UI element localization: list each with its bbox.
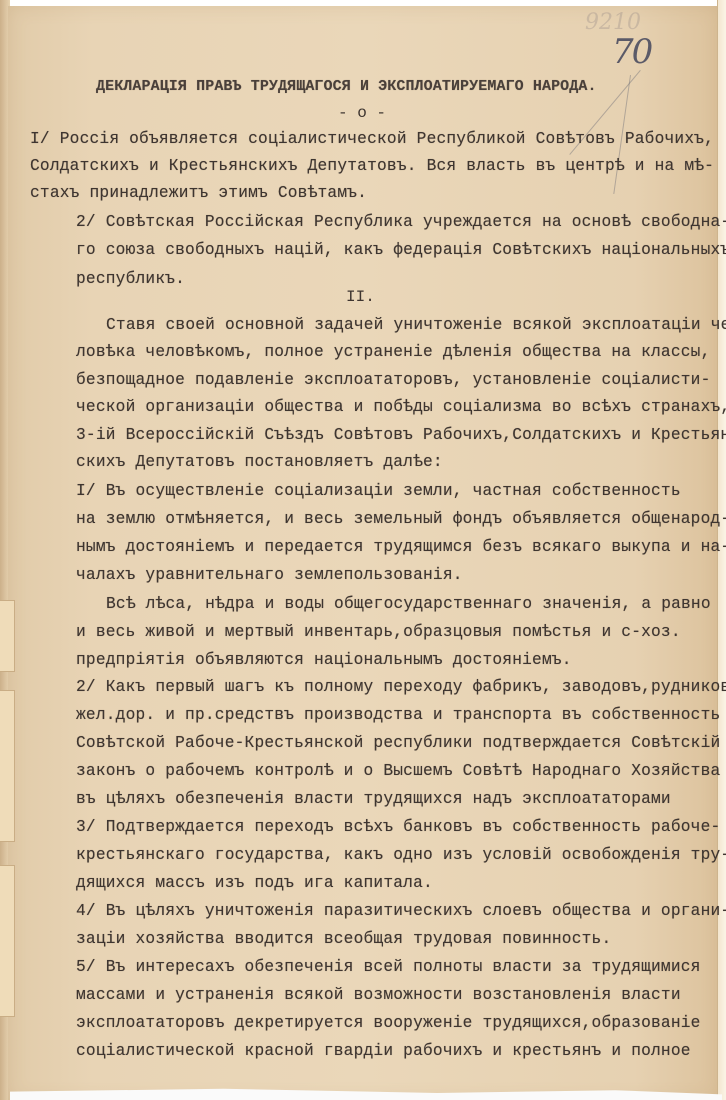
- text-line: законъ о рабочемъ контролѣ и о Высшемъ С…: [76, 762, 720, 780]
- text-line: въ цѣляхъ обезпеченія власти трудящихся …: [76, 790, 671, 808]
- text-line: на землю отмѣняется, и весь земельный фо…: [76, 510, 726, 528]
- text-line: Солдатскихъ и Крестьянскихъ Депутатовъ. …: [30, 157, 714, 175]
- text-line: Всѣ лѣса, нѣдра и воды общегосударственн…: [106, 595, 711, 613]
- text-line: 3-ій Всероссійскій Съѣздъ Совѣтовъ Рабоч…: [76, 426, 726, 444]
- text-line: соціалистической красной гвардіи рабочих…: [76, 1042, 691, 1060]
- scanned-document: 9210 70 ДЕКЛАРАЦІЯ ПРАВЪ ТРУДЯЩАГОСЯ И Э…: [0, 0, 726, 1100]
- text-line: го союза свободныхъ націй, какъ федераці…: [76, 241, 726, 259]
- text-line: Совѣтской Рабоче-Крестьянской республики…: [76, 734, 720, 752]
- document-title: ДЕКЛАРАЦІЯ ПРАВЪ ТРУДЯЩАГОСЯ И ЭКСПЛОАТИ…: [96, 78, 597, 95]
- text-line: массами и устраненія всякой возможности …: [76, 986, 681, 1004]
- page-number-handwritten: 70: [612, 32, 651, 72]
- text-line: 2/ Какъ первый шагъ къ полному переходу …: [76, 678, 726, 696]
- text-line: I/ Въ осуществленіе соціализаціи земли, …: [76, 482, 681, 500]
- section-heading: II.: [346, 288, 375, 306]
- binding-tab: [0, 690, 15, 842]
- text-line: безпощадное подавленіе эксплоататоровъ, …: [76, 371, 711, 389]
- text-line: и весь живой и мертвый инвентарь,образцо…: [76, 623, 681, 641]
- binding-tab: [0, 600, 15, 672]
- text-line: 3/ Подтверждается переходъ всѣхъ банковъ…: [76, 818, 720, 836]
- text-line: Ставя своей основной задачей уничтоженіе…: [106, 316, 726, 334]
- text-line: скихъ Депутатовъ постановляетъ далѣе:: [76, 453, 443, 471]
- text-line: 5/ Въ интересахъ обезпеченія всей полнот…: [76, 958, 701, 976]
- separator: - о -: [338, 104, 386, 122]
- text-line: дящихся массъ изъ подъ ига капитала.: [76, 874, 433, 892]
- text-line: нымъ достояніемъ и передается трудящимся…: [76, 538, 726, 556]
- text-line: 4/ Въ цѣляхъ уничтоженія паразитическихъ…: [76, 902, 726, 920]
- text-line: стахъ принадлежитъ этимъ Совѣтамъ.: [30, 184, 367, 202]
- text-line: ческой организаціи общества и побѣды соц…: [76, 398, 726, 416]
- text-line: ловѣка человѣкомъ, полное устраненіе дѣл…: [76, 343, 711, 361]
- text-line: чалахъ уравнительнаго землепользованія.: [76, 566, 463, 584]
- text-line: эксплоататоровъ декретируется вооруженіе…: [76, 1014, 701, 1032]
- text-line: заціи хозяйства вводится всеобщая трудов…: [76, 930, 611, 948]
- text-line: жел.дор. и пр.средствъ производства и тр…: [76, 706, 720, 724]
- text-line: 2/ Совѣтская Россійская Республика учреж…: [76, 213, 726, 231]
- text-line: крестьянскаго государства, какъ одно изъ…: [76, 846, 726, 864]
- text-line: предпріятія объявляются національнымъ до…: [76, 651, 572, 669]
- binding-tab: [0, 865, 15, 1017]
- text-line: I/ Россія объявляется соціалистической Р…: [30, 130, 714, 148]
- text-line: республикъ.: [76, 270, 185, 288]
